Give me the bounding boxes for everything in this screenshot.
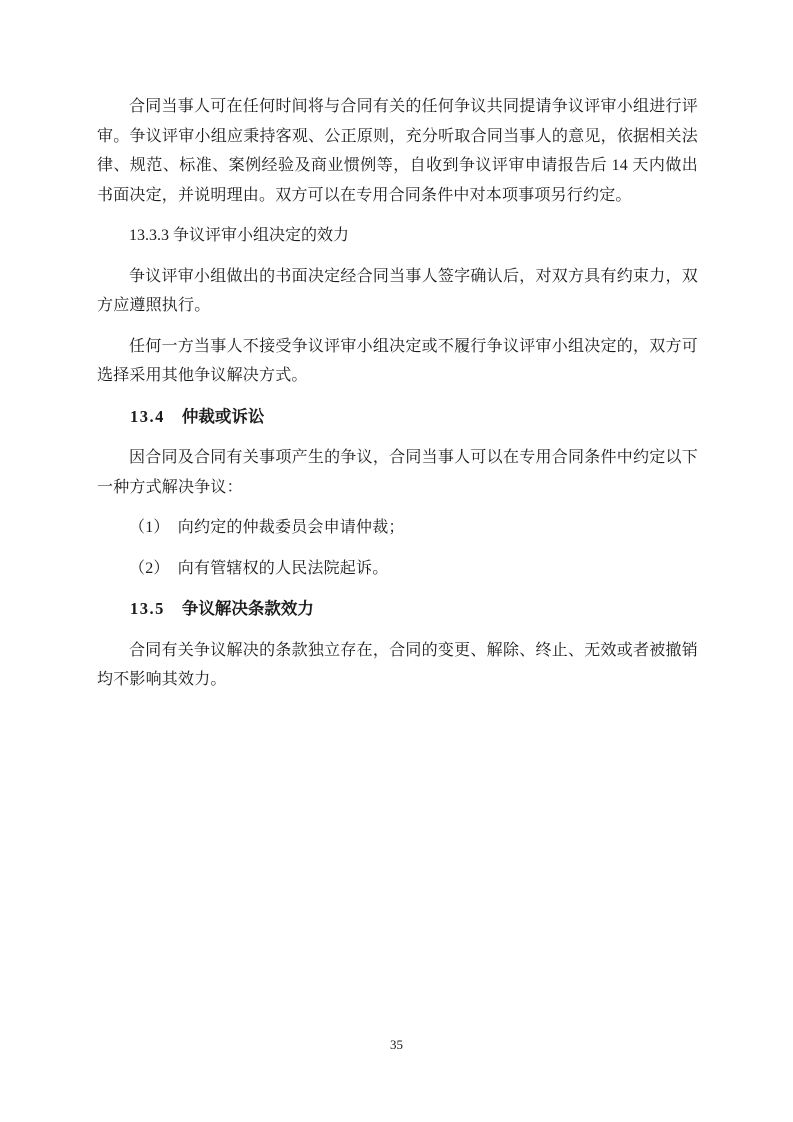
list-item-court: （2） 向有管辖权的人民法院起诉。 <box>97 554 698 584</box>
heading-13-5-title: 争议解决条款效力 <box>182 600 314 618</box>
list-item-arbitration: （1） 向约定的仲裁委员会申请仲裁； <box>97 513 698 543</box>
heading-13-5-number: 13.5 <box>130 599 165 618</box>
paragraph-not-accept-decision: 任何一方当事人不接受争议评审小组决定或不履行争议评审小组决定的，双方可选择采用其… <box>97 332 698 391</box>
heading-13-4-title: 仲裁或诉讼 <box>182 408 265 426</box>
heading-13-3-3: 13.3.3 争议评审小组决定的效力 <box>97 221 698 251</box>
paragraph-decision-binding: 争议评审小组做出的书面决定经合同当事人签字确认后，对双方具有约束力，双方应遵照执… <box>97 262 698 321</box>
page-number: 35 <box>390 1037 403 1052</box>
document-page: 合同当事人可在任何时间将与合同有关的任何争议共同提请争议评审小组进行评审。争议评… <box>0 0 793 1122</box>
paragraph-arbitration-intro: 因合同及合同有关事项产生的争议，合同当事人可以在专用合同条件中约定以下一种方式解… <box>97 443 698 502</box>
page-footer: 35 <box>0 1036 793 1054</box>
heading-13-4-number: 13.4 <box>130 407 165 426</box>
heading-13-5: 13.5争议解决条款效力 <box>97 594 698 625</box>
page-content: 合同当事人可在任何时间将与合同有关的任何争议共同提请争议评审小组进行评审。争议评… <box>97 92 698 706</box>
paragraph-clause-independence: 合同有关争议解决的条款独立存在，合同的变更、解除、终止、无效或者被撤销均不影响其… <box>97 636 698 695</box>
paragraph-dispute-review: 合同当事人可在任何时间将与合同有关的任何争议共同提请争议评审小组进行评审。争议评… <box>97 92 698 210</box>
heading-13-4: 13.4仲裁或诉讼 <box>97 402 698 433</box>
